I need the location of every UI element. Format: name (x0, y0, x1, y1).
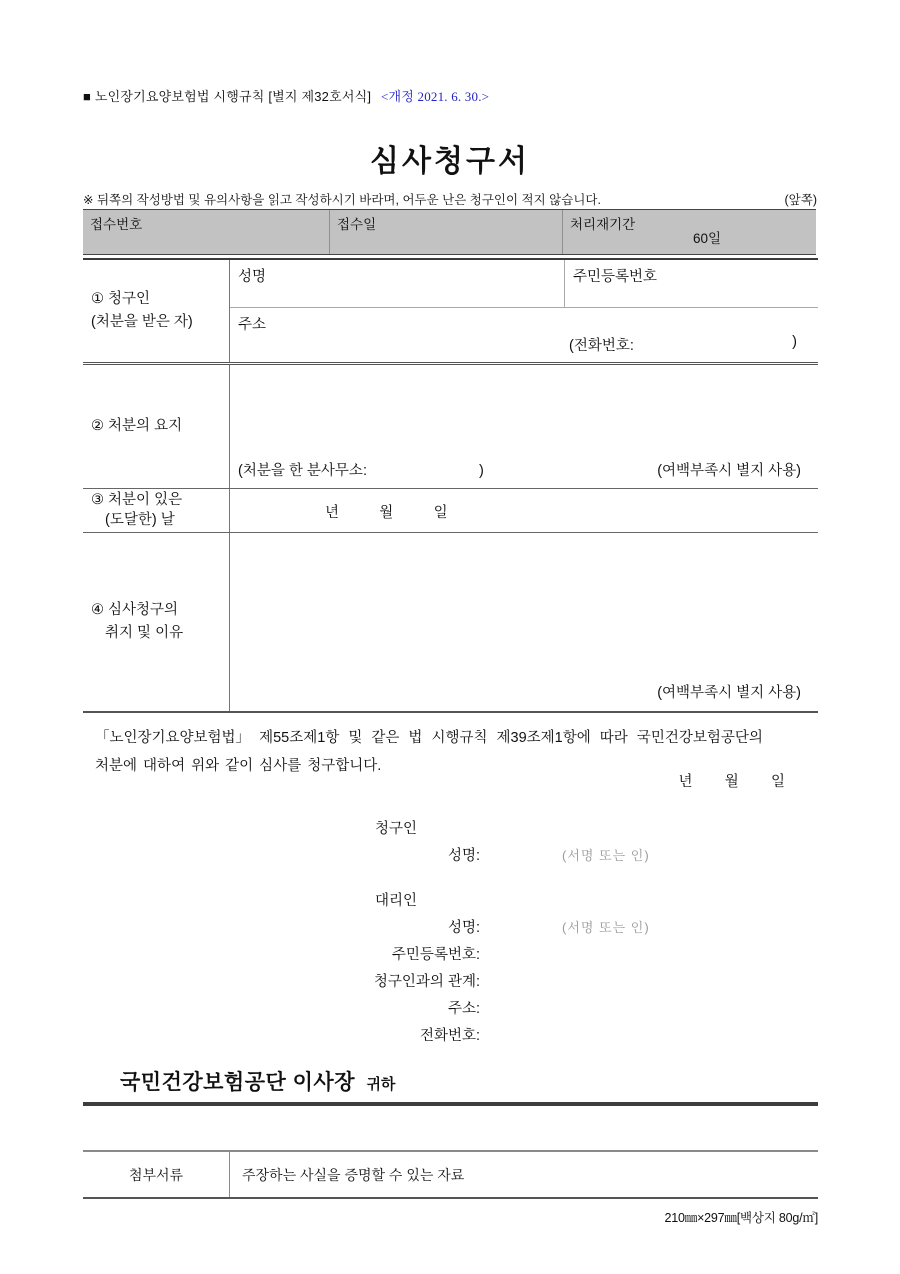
branch-office-label: (처분을 한 분사무소: (238, 463, 367, 479)
appeal-reason-label-line2: 취지 및 이유 (91, 622, 229, 645)
receipt-number-label: 접수번호 (90, 217, 142, 232)
row-claimant: ① 청구인 (처분을 받은 자) 성명 주민등록번호 주소 (전화번호: ) (83, 260, 818, 362)
agent-signature-name-row: 성명: (서명 또는 인) (83, 913, 818, 940)
row-claimant-content: 성명 주민등록번호 주소 (전화번호: ) (230, 260, 818, 362)
attachment-table: 첨부서류 주장하는 사실을 증명할 수 있는 자료 (83, 1150, 818, 1199)
disposition-date-label-line1: ③ 처분이 있은 (91, 491, 229, 511)
field-claimant-rrn[interactable]: 주민등록번호 (565, 260, 818, 307)
declaration-line1: 「노인장기요양보험법」 제55조제1항 및 같은 법 시행규칙 제39조제1항에… (95, 724, 807, 752)
receipt-date-label: 접수일 (337, 217, 376, 232)
processing-period-cell: 처리재기간 60일 (563, 210, 816, 254)
agent-relation-label: 청구인과의 관계: (83, 970, 480, 991)
extra-sheet-note: (여백부족시 별지 사용) (657, 459, 801, 480)
claimant-name-label: 성명 (238, 269, 266, 285)
claimant-sign-or-seal-hint: (서명 또는 인) (562, 845, 650, 864)
field-declaration-date[interactable]: 년 월 일 (83, 770, 785, 791)
agent-address-row: 주소: (83, 994, 818, 1021)
claimant-rrn-label: 주민등록번호 (573, 269, 657, 285)
row-disposition-content: (처분을 한 분사무소: ) (여백부족시 별지 사용) (230, 365, 818, 488)
agent-rrn-label: 주민등록번호: (83, 943, 480, 964)
agent-phone-label: 전화번호: (83, 1024, 480, 1045)
attachment-value-cell: 주장하는 사실을 증명할 수 있는 자료 (230, 1152, 818, 1197)
row-appeal-reason: ④ 심사청구의 취지 및 이유 (여백부족시 별지 사용) (83, 532, 818, 711)
disposition-date-label-line2: (도달한) 날 (91, 511, 229, 531)
form-main-table: ① 청구인 (처분을 받은 자) 성명 주민등록번호 주소 (전화번호: ) (83, 258, 818, 713)
row-disposition-date-label: ③ 처분이 있은 (도달한) 날 (83, 489, 230, 532)
row-claimant-label: ① 청구인 (처분을 받은 자) (83, 260, 230, 362)
form-reference-text: ■ 노인장기요양보험법 시행규칙 [별지 제32호서식] (83, 89, 371, 104)
field-claimant-phone[interactable]: (전화번호: ) (569, 334, 797, 355)
receipt-date-cell: 접수일 (330, 210, 563, 254)
agent-sig-name-label: 성명: (83, 916, 480, 937)
attachment-label: 첨부서류 (129, 1165, 183, 1185)
appeal-reason-label-line1: ④ 심사청구의 (91, 599, 229, 622)
branch-office-close-paren: ) (479, 463, 484, 479)
claimant-name-rrn-row: 성명 주민등록번호 (230, 260, 818, 308)
agent-heading: 대리인 (83, 889, 417, 910)
recipient-name: 국민건강보험공단 이사장 (120, 1071, 355, 1094)
attachment-label-cell: 첨부서류 (83, 1152, 230, 1197)
agent-relation-row: 청구인과의 관계: (83, 967, 818, 994)
disposition-bottom-line: (처분을 한 분사무소: ) (여백부족시 별지 사용) (238, 459, 801, 480)
claimant-address-label: 주소 (238, 313, 266, 334)
row-disposition-date: ③ 처분이 있은 (도달한) 날 년 월 일 (83, 488, 818, 532)
claimant-sig-name-label: 성명: (83, 844, 480, 865)
claimant-heading: 청구인 (83, 817, 417, 838)
row-disposition-label: ② 처분의 요지 (83, 365, 230, 488)
field-appeal-reason[interactable] (230, 533, 818, 681)
field-branch-office[interactable]: (처분을 한 분사무소: ) (238, 459, 484, 480)
claimant-signature-heading-row: 청구인 (83, 814, 818, 841)
processing-period-value: 60일 (693, 227, 721, 247)
recipient-honorific: 귀하 (366, 1076, 395, 1093)
recipient-line: 국민건강보험공단 이사장 귀하 (120, 1066, 395, 1096)
review-request-form-page: ■ 노인장기요양보험법 시행규칙 [별지 제32호서식] <개정 2021. 6… (0, 0, 900, 1274)
receipt-header-row: 접수번호 접수일 처리재기간 60일 (83, 209, 816, 255)
attachment-value: 주장하는 사실을 증명할 수 있는 자료 (242, 1165, 464, 1185)
claimant-label-line1: ① 청구인 (91, 288, 229, 311)
claimant-signature-name-row: 성명: (서명 또는 인) (83, 841, 818, 868)
disposition-label: ② 처분의 요지 (91, 415, 229, 438)
paper-spec-note: 210㎜×297㎜[백상지 80g/㎡] (665, 1208, 818, 1226)
disposition-date-placeholder: 년 월 일 (325, 501, 448, 522)
instruction-row: ※ 뒤쪽의 작성방법 및 유의사항을 읽고 작성하시기 바라며, 어두운 난은 … (83, 190, 817, 208)
instruction-note: ※ 뒤쪽의 작성방법 및 유의사항을 읽고 작성하시기 바라며, 어두운 난은 … (83, 190, 601, 208)
agent-address-label: 주소: (83, 997, 480, 1018)
field-disposition-summary[interactable] (230, 365, 818, 458)
field-claimant-address[interactable]: 주소 (전화번호: ) (230, 308, 818, 362)
agent-signature-heading-row: 대리인 (83, 886, 818, 913)
agent-rrn-row: 주민등록번호: (83, 940, 818, 967)
field-disposition-date[interactable]: 년 월 일 (230, 489, 818, 532)
extra-sheet-note-2: (여백부족시 별지 사용) (657, 681, 801, 702)
row-disposition-summary: ② 처분의 요지 (처분을 한 분사무소: ) (여백부족시 별지 사용) (83, 365, 818, 488)
agent-phone-row: 전화번호: (83, 1021, 818, 1048)
row-appeal-reason-label: ④ 심사청구의 취지 및 이유 (83, 533, 230, 711)
claimant-phone-label: (전화번호: (569, 334, 634, 355)
row-appeal-reason-content: (여백부족시 별지 사용) (230, 533, 818, 711)
agent-sign-or-seal-hint: (서명 또는 인) (562, 917, 650, 936)
section-divider-rule (83, 1102, 818, 1106)
claimant-label-line2: (처분을 받은 자) (91, 311, 229, 334)
form-reference: ■ 노인장기요양보험법 시행규칙 [별지 제32호서식] <개정 2021. 6… (83, 86, 489, 105)
claimant-phone-close-paren: ) (792, 334, 797, 355)
processing-period-label: 처리재기간 (570, 217, 635, 232)
field-claimant-name[interactable]: 성명 (230, 260, 565, 307)
receipt-number-cell: 접수번호 (83, 210, 330, 254)
signature-block: 청구인 성명: (서명 또는 인) 대리인 성명: (서명 또는 인) 주민등록… (83, 814, 818, 1048)
page-title: 심사청구서 (0, 136, 900, 180)
revision-note: <개정 2021. 6. 30.> (381, 89, 489, 104)
page-side-label: (앞쪽) (785, 190, 817, 208)
